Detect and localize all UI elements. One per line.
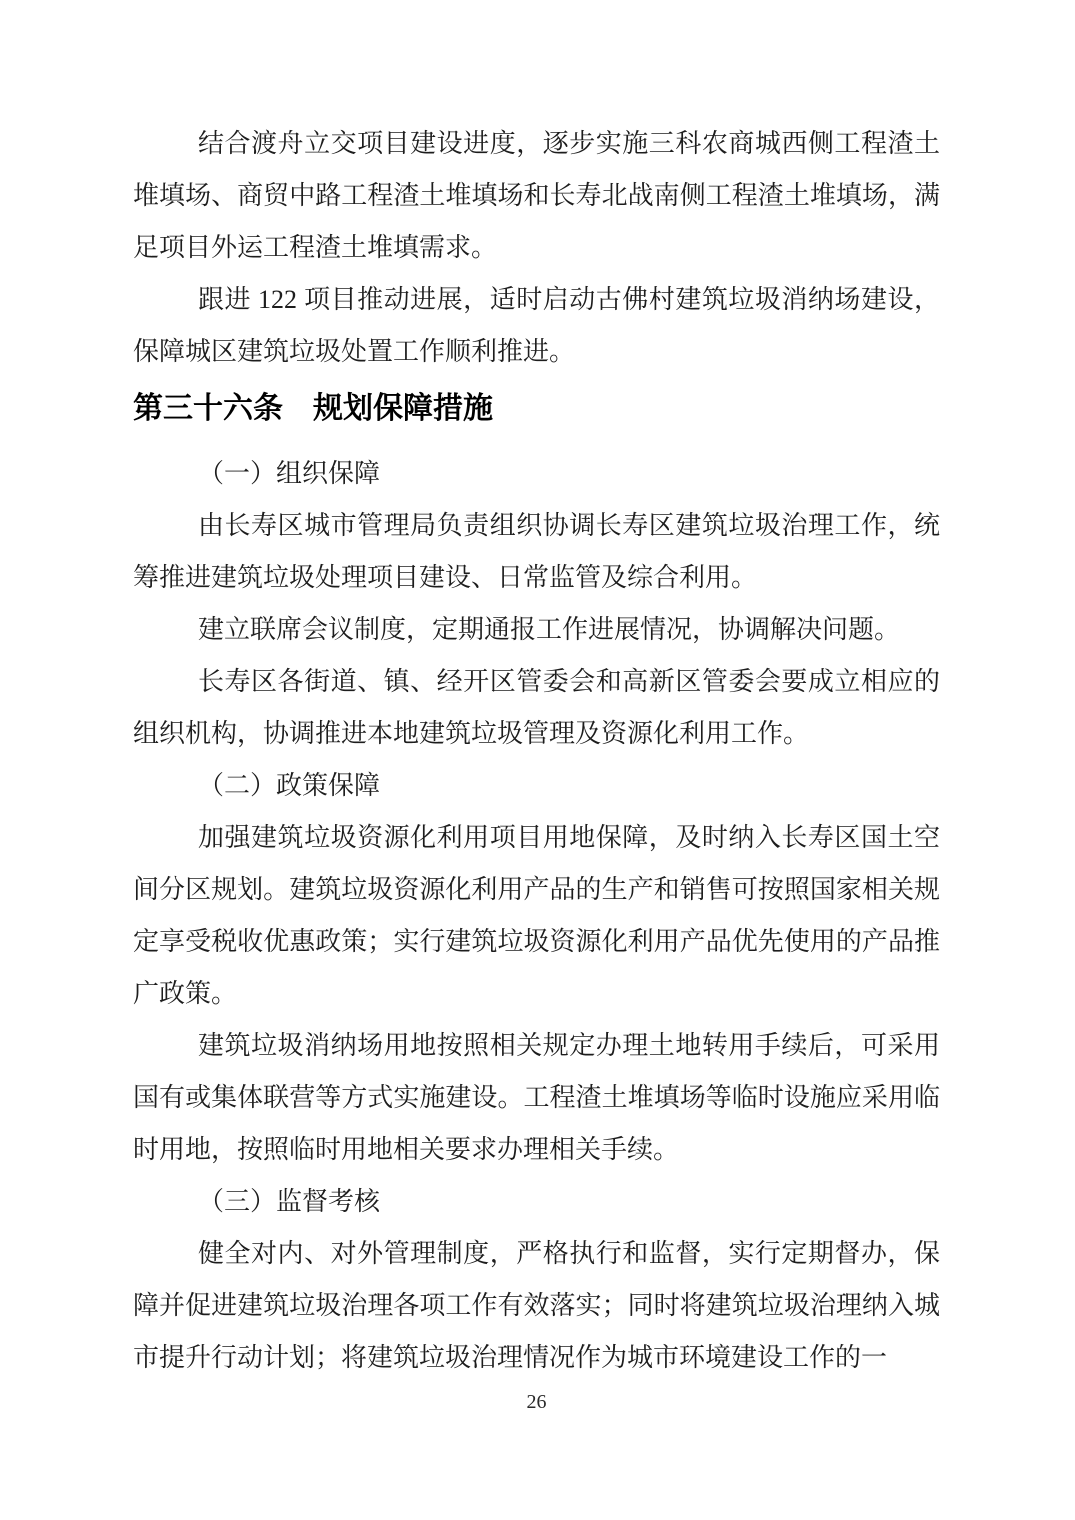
para-joint-meeting-system: 建立联席会议制度，定期通报工作进展情况，协调解决问题。 (133, 604, 940, 656)
para-land-and-tax-policy: 加强建筑垃圾资源化利用项目用地保障，及时纳入长寿区国土空间分区规划。建筑垃圾资源… (133, 812, 940, 1020)
page-number: 26 (133, 1390, 940, 1414)
para-supervision-systems: 健全对内、对外管理制度，严格执行和监督，实行定期督办，保障并促进建筑垃圾治理各项… (133, 1228, 940, 1384)
para-local-org-structures: 长寿区各街道、镇、经开区管委会和高新区管委会要成立相应的组织机构，协调推进本地建… (133, 656, 940, 760)
subheading-3-supervision-assessment: （三）监督考核 (133, 1176, 940, 1228)
para-org-coordination: 由长寿区城市管理局负责组织协调长寿区建筑垃圾治理工作，统筹推进建筑垃圾处理项目建… (133, 500, 940, 604)
document-page: 结合渡舟立交项目建设进度，逐步实施三科农商城西侧工程渣土堆填场、商贸中路工程渣土… (0, 0, 1075, 1520)
subheading-2-policy-support: （二）政策保障 (133, 760, 940, 812)
para-slag-fill-sites: 结合渡舟立交项目建设进度，逐步实施三科农商城西侧工程渣土堆填场、商贸中路工程渣土… (133, 118, 940, 274)
article-36-heading: 第三十六条 规划保障措施 (133, 384, 940, 434)
subheading-1-organizational-support: （一）组织保障 (133, 448, 940, 500)
para-land-use-procedures: 建筑垃圾消纳场用地按照相关规定办理土地转用手续后，可采用国有或集体联营等方式实施… (133, 1020, 940, 1176)
para-122-project: 跟进 122 项目推动进展，适时启动古佛村建筑垃圾消纳场建设，保障城区建筑垃圾处… (133, 274, 940, 378)
